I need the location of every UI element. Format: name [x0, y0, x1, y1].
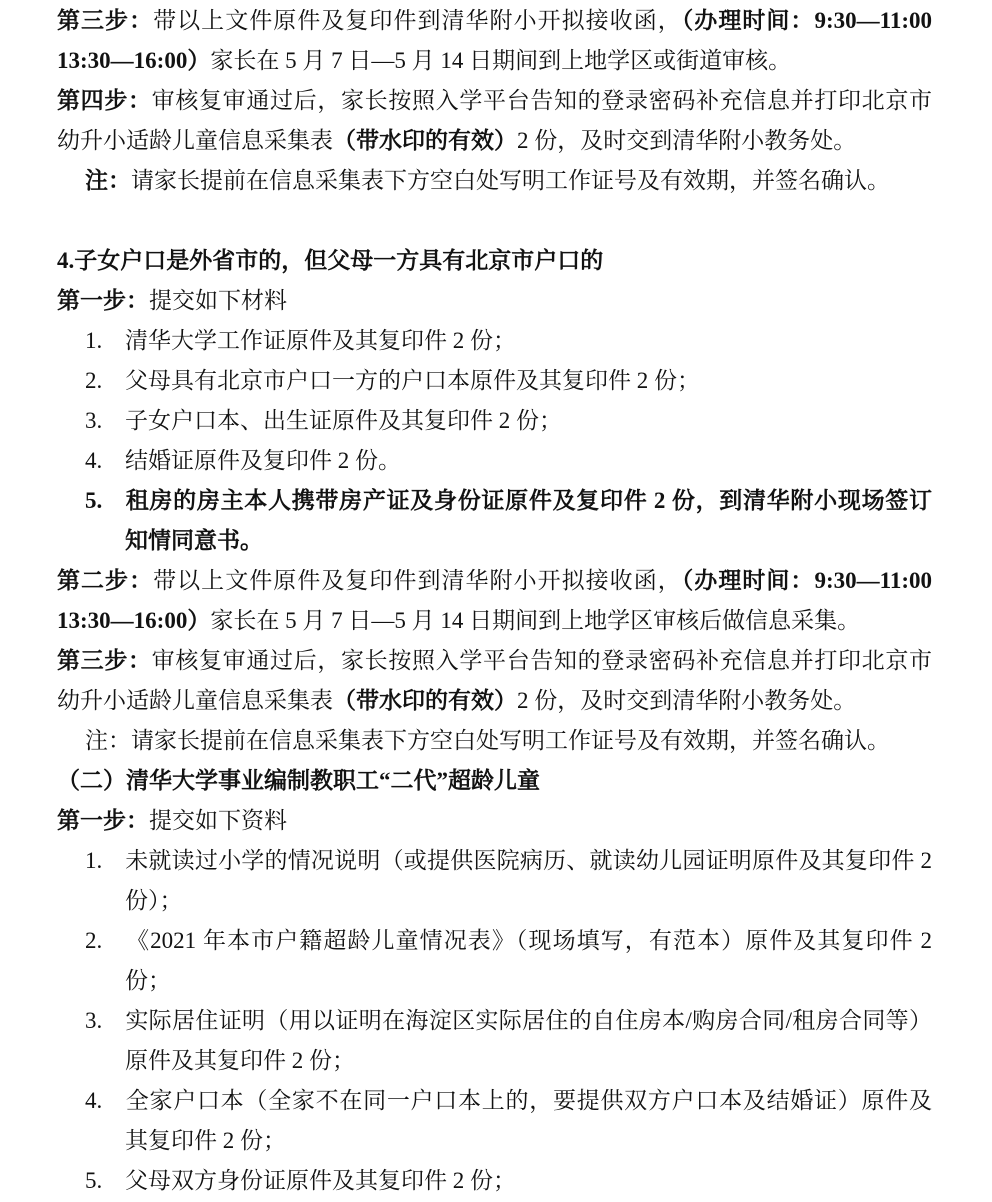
section-heading: （二）清华大学事业编制教职工“二代”超龄儿童 [57, 761, 932, 801]
step-line: 第一步：提交如下资料 [57, 801, 932, 841]
text-segment: 结婚证原件及复印件 2 份。 [125, 448, 401, 473]
list-number: 3. [85, 1001, 125, 1041]
text-segment: 未就读过小学的情况说明（或提供医院病历、就读幼儿园证明原件及其复印件 2 [125, 848, 932, 873]
text-segment: 13:30—16:00） [57, 48, 210, 73]
list-item-continuation: 知情同意书。 [57, 521, 932, 561]
text-segment: （二）清华大学事业编制教职工“二代”超龄儿童 [57, 768, 540, 793]
note-line: 注：请家长提前在信息采集表下方空白处写明工作证号及有效期，并签名确认。 [57, 161, 932, 201]
text-segment: 份； [125, 968, 171, 993]
text-segment: 请家长提前在信息采集表下方空白处写明工作证号及有效期，并签名确认。 [131, 168, 890, 193]
step-line: 第四步：审核复审通过后，家长按照入学平台告知的登录密码补充信息并打印北京市 [57, 81, 932, 121]
step-line: 第三步：审核复审通过后，家长按照入学平台告知的登录密码补充信息并打印北京市 [57, 641, 932, 681]
step-line: 第二步：带以上文件原件及复印件到清华附小开拟接收函，（办理时间：9:30—11:… [57, 561, 932, 601]
list-item: 1.清华大学工作证原件及其复印件 2 份； [57, 321, 932, 361]
text-segment: 第一步： [57, 808, 149, 833]
list-item: 4.结婚证原件及复印件 2 份。 [57, 441, 932, 481]
step-line: 第三步：带以上文件原件及复印件到清华附小开拟接收函，（办理时间：9:30—11:… [57, 1, 932, 41]
list-item: 3.子女户口本、出生证原件及其复印件 2 份； [57, 401, 932, 441]
text-segment: 第二步： [57, 568, 153, 593]
list-item-continuation: 原件及其复印件 2 份； [57, 1041, 932, 1081]
text-segment: 第四步： [57, 88, 152, 113]
text-segment: 家长在 5 月 7 日—5 月 14 日期间到上地学区或街道审核。 [210, 48, 791, 73]
note-line: 注：请家长提前在信息采集表下方空白处写明工作证号及有效期，并签名确认。 [57, 721, 932, 761]
section-heading: 4.子女户口是外省市的，但父母一方具有北京市户口的 [57, 241, 932, 281]
text-segment: 家长在 5 月 7 日—5 月 14 日期间到上地学区审核后做信息采集。 [210, 608, 860, 633]
text-segment: 全家户口本（全家不在同一户口本上的，要提供双方户口本及结婚证）原件及 [125, 1088, 932, 1113]
text-segment: 第一步： [57, 288, 149, 313]
text-segment: 原件及其复印件 2 份； [125, 1048, 355, 1073]
text-segment: 4.子女户口是外省市的，但父母一方具有北京市户口的 [57, 248, 603, 273]
text-segment: 父母双方身份证原件及其复印件 2 份； [125, 1168, 516, 1193]
step-line: 第一步：提交如下材料 [57, 281, 932, 321]
list-number: 4. [85, 1081, 125, 1121]
text-segment: 知情同意书。 [125, 528, 263, 553]
list-number: 5. [85, 481, 125, 521]
text-segment: 子女户口本、出生证原件及其复印件 2 份； [125, 408, 562, 433]
step-line: 13:30—16:00）家长在 5 月 7 日—5 月 14 日期间到上地学区审… [57, 601, 932, 641]
text-segment: 2 份，及时交到清华附小教务处。 [517, 128, 856, 153]
text-segment: 父母具有北京市户口一方的户口本原件及其复印件 2 份； [125, 368, 700, 393]
list-item: 5.租房的房主本人携带房产证及身份证原件及复印件 2 份，到清华附小现场签订 [57, 481, 932, 521]
list-item: 4.全家户口本（全家不在同一户口本上的，要提供双方户口本及结婚证）原件及 [57, 1081, 932, 1121]
text-segment: 幼升小适龄儿童信息采集表 [57, 688, 333, 713]
list-number: 2. [85, 921, 125, 961]
text-segment: 审核复审通过后，家长按照入学平台告知的登录密码补充信息并打印北京市 [152, 88, 932, 113]
list-item: 5.父母双方身份证原件及其复印件 2 份； [57, 1161, 932, 1201]
text-segment: 13:30—16:00） [57, 608, 210, 633]
list-number: 5. [85, 1161, 125, 1201]
text-segment: 租房的房主本人携带房产证及身份证原件及复印件 2 份，到清华附小现场签订 [125, 488, 932, 513]
list-item: 2.父母具有北京市户口一方的户口本原件及其复印件 2 份； [57, 361, 932, 401]
step-line: 幼升小适龄儿童信息采集表（带水印的有效）2 份，及时交到清华附小教务处。 [57, 121, 932, 161]
list-number: 4. [85, 441, 125, 481]
text-segment: 第三步： [57, 8, 153, 33]
text-segment: 幼升小适龄儿童信息采集表 [57, 128, 333, 153]
text-segment: 注： [85, 168, 131, 193]
document-page: 第三步：带以上文件原件及复印件到清华附小开拟接收函，（办理时间：9:30—11:… [0, 0, 992, 1202]
list-item: 3.实际居住证明（用以证明在海淀区实际居住的自住房本/购房合同/租房合同等） [57, 1001, 932, 1041]
text-segment: （带水印的有效） [333, 688, 517, 713]
list-number: 2. [85, 361, 125, 401]
text-segment: 份）； [125, 888, 183, 913]
text-segment: （带水印的有效） [333, 128, 517, 153]
text-segment: （办理时间：9:30—11:00 [682, 568, 932, 593]
text-segment: 《2021 年本市户籍超龄儿童情况表》（现场填写，有范本）原件及其复印件 2 [125, 928, 932, 953]
text-segment: 第三步： [57, 648, 152, 673]
text-segment: 审核复审通过后，家长按照入学平台告知的登录密码补充信息并打印北京市 [152, 648, 932, 673]
text-segment: 实际居住证明（用以证明在海淀区实际居住的自住房本/购房合同/租房合同等） [125, 1008, 932, 1033]
text-segment: 带以上文件原件及复印件到清华附小开拟接收函， [153, 568, 682, 593]
text-segment: 提交如下材料 [149, 288, 287, 313]
list-item: 2.《2021 年本市户籍超龄儿童情况表》（现场填写，有范本）原件及其复印件 2 [57, 921, 932, 961]
text-segment: 带以上文件原件及复印件到清华附小开拟接收函， [153, 8, 682, 33]
text-segment: 注：请家长提前在信息采集表下方空白处写明工作证号及有效期，并签名确认。 [85, 728, 890, 753]
list-number: 1. [85, 321, 125, 361]
text-segment: 提交如下资料 [149, 808, 287, 833]
list-item-continuation: 份； [57, 961, 932, 1001]
list-item-continuation: 其复印件 2 份； [57, 1121, 932, 1161]
list-number: 3. [85, 401, 125, 441]
step-line: 13:30—16:00）家长在 5 月 7 日—5 月 14 日期间到上地学区或… [57, 41, 932, 81]
list-number: 1. [85, 841, 125, 881]
text-segment: 清华大学工作证原件及其复印件 2 份； [125, 328, 516, 353]
text-segment: （办理时间：9:30—11:00 [682, 8, 932, 33]
text-segment: 其复印件 2 份； [125, 1128, 286, 1153]
list-item: 1.未就读过小学的情况说明（或提供医院病历、就读幼儿园证明原件及其复印件 2 [57, 841, 932, 881]
list-item-continuation: 份）； [57, 881, 932, 921]
blank-line [57, 201, 932, 241]
step-line: 幼升小适龄儿童信息采集表（带水印的有效）2 份，及时交到清华附小教务处。 [57, 681, 932, 721]
text-segment: 2 份，及时交到清华附小教务处。 [517, 688, 856, 713]
